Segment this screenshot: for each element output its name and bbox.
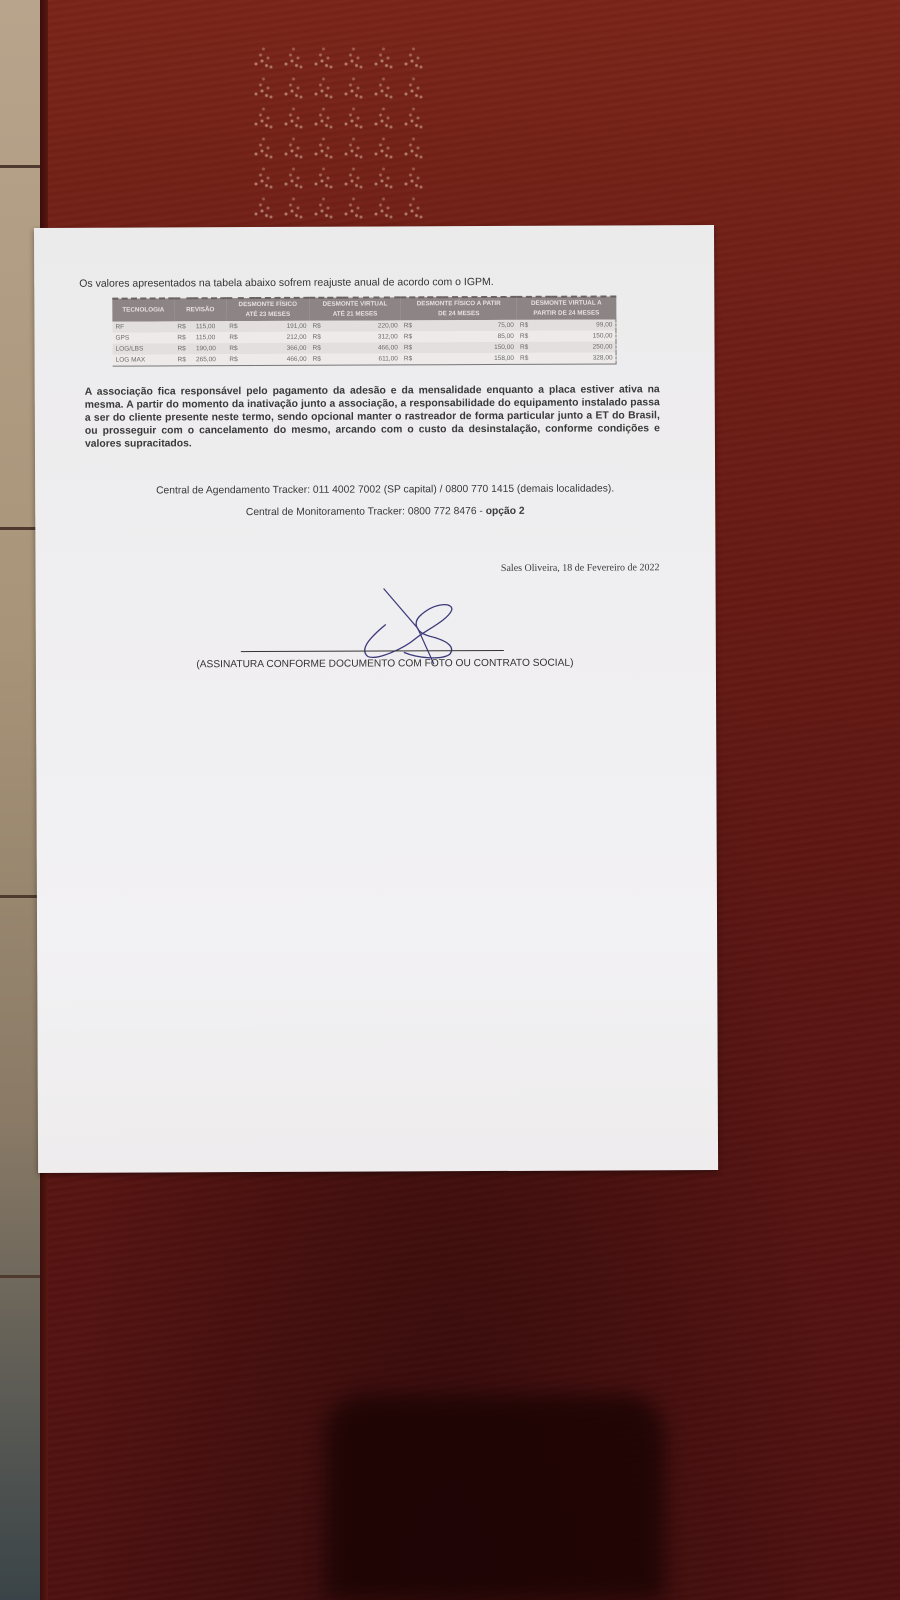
cell-revisao-currency: R$ [174, 354, 193, 366]
cell-revisao-currency: R$ [174, 332, 193, 343]
cell-virtual-ate: 611,00 [342, 353, 401, 365]
price-table: TECNOLOGIA REVISÃO DESMONTE FÍSICOATÉ 23… [112, 295, 616, 366]
cell-fisico-ate: 212,00 [256, 332, 310, 343]
table-body: RFR$115,00R$191,00R$220,00R$75,00R$99,00… [112, 319, 616, 366]
cell-virtual-ate-currency: R$ [309, 332, 342, 343]
cell-virtual-apartir-currency: R$ [517, 331, 552, 342]
light-reflection [250, 40, 430, 230]
cell-fisico-apartir: 75,00 [442, 320, 517, 331]
header-tecnologia: TECNOLOGIA [112, 298, 174, 321]
place-date: Sales Oliveira, 18 de Fevereiro de 2022 [501, 562, 660, 574]
cell-virtual-apartir: 150,00 [552, 330, 616, 341]
cell-revisao: 115,00 [193, 321, 226, 332]
cell-revisao-currency: R$ [174, 321, 193, 332]
cell-virtual-apartir: 99,00 [552, 319, 616, 330]
cell-tecnologia: GPS [112, 332, 174, 343]
cell-fisico-apartir: 158,00 [442, 353, 517, 365]
cell-fisico-apartir-currency: R$ [401, 342, 442, 353]
header-virtual-ate: DESMONTE VIRTUALATÉ 21 MESES [309, 297, 400, 320]
responsibility-paragraph: A associação fica responsável pelo pagam… [85, 383, 660, 451]
cell-tecnologia: RF [112, 321, 174, 332]
cell-fisico-ate-currency: R$ [226, 332, 256, 343]
header-fisico-ate: DESMONTE FÍSICOATÉ 23 MESES [226, 298, 309, 321]
cell-revisao: 115,00 [193, 332, 226, 343]
monitoring-number: Central de Monitoramento Tracker: 0800 7… [246, 506, 486, 518]
header-revisao: REVISÃO [174, 298, 226, 321]
cell-fisico-ate: 191,00 [256, 321, 310, 332]
cell-virtual-ate-currency: R$ [310, 354, 343, 366]
cell-fisico-ate: 466,00 [256, 354, 310, 366]
document-page: Os valores apresentados na tabela abaixo… [34, 225, 718, 1173]
cell-tecnologia: LOG/LBS [113, 343, 175, 354]
cell-fisico-apartir: 85,00 [442, 331, 517, 342]
cell-tecnologia: LOG MAX [113, 354, 175, 366]
cell-virtual-apartir-currency: R$ [517, 320, 552, 331]
cell-fisico-ate-currency: R$ [226, 321, 256, 332]
intro-text: Os valores apresentados na tabela abaixo… [79, 276, 493, 290]
cell-fisico-ate: 366,00 [256, 343, 310, 354]
cell-revisao: 190,00 [193, 343, 226, 354]
table-row: LOG MAXR$265,00R$466,00R$611,00R$158,00R… [113, 352, 617, 366]
cell-virtual-apartir-currency: R$ [517, 353, 552, 365]
cell-virtual-apartir: 328,00 [552, 352, 616, 364]
monitoring-option: opção 2 [486, 506, 525, 517]
signature-caption: (ASSINATURA CONFORME DOCUMENTO COM FOTO … [36, 657, 716, 671]
scheduling-contact: Central de Agendamento Tracker: 011 4002… [45, 483, 725, 497]
cell-fisico-apartir-currency: R$ [401, 353, 442, 365]
cell-virtual-ate: 466,00 [342, 342, 401, 353]
cell-revisao-currency: R$ [174, 343, 193, 354]
cell-virtual-ate: 312,00 [342, 331, 401, 342]
monitoring-contact: Central de Monitoramento Tracker: 0800 7… [45, 505, 725, 519]
cell-virtual-apartir: 250,00 [552, 341, 616, 352]
cell-virtual-ate-currency: R$ [309, 321, 342, 332]
handwritten-signature [356, 586, 466, 666]
cell-fisico-apartir-currency: R$ [401, 331, 442, 342]
cell-fisico-ate-currency: R$ [226, 343, 256, 354]
phone-shadow [325, 1395, 665, 1600]
cell-virtual-ate: 220,00 [342, 320, 401, 331]
cell-fisico-apartir: 150,00 [442, 342, 517, 353]
cell-virtual-apartir-currency: R$ [517, 342, 552, 353]
cell-fisico-ate-currency: R$ [226, 354, 256, 366]
cell-fisico-apartir-currency: R$ [401, 320, 442, 331]
cell-revisao: 265,00 [193, 354, 226, 366]
table-header-row: TECNOLOGIA REVISÃO DESMONTE FÍSICOATÉ 23… [112, 296, 616, 321]
cell-virtual-ate-currency: R$ [310, 343, 343, 354]
header-fisico-apartir: DESMONTE FÍSICO A PATIRDE 24 MESES [401, 297, 517, 321]
header-virtual-apartir: DESMONTE VIRTUAL APARTIR DE 24 MESES [517, 296, 616, 319]
